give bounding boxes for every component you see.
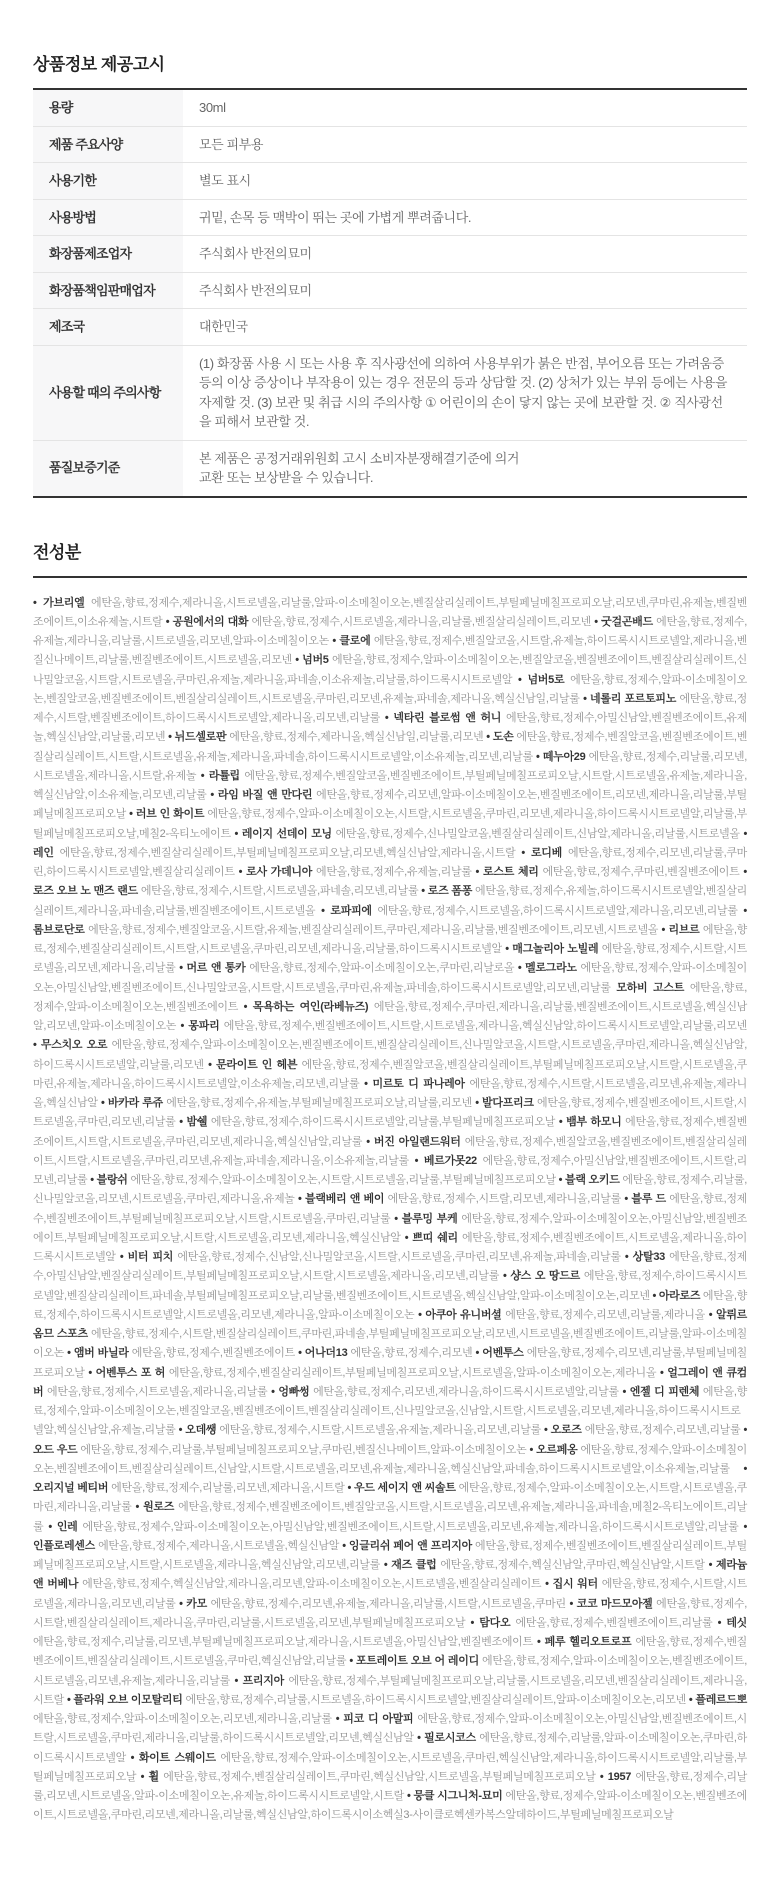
table-row: 사용할 때의 주의사항(1) 화장품 사용 시 또는 사용 후 직사광선에 의하… [33,345,747,440]
row-value: 모든 피부용 [183,126,747,163]
perfume-name: • 엉빠썽 [271,1386,309,1398]
perfume-name: • 문라이트 인 헤븐 [208,1059,297,1071]
perfume-name: • 우드 세이지 앤 씨솔트 [347,1482,455,1494]
row-label: 사용기한 [33,163,183,200]
perfume-ingredients: 에탄올,향료,정제수,신나밀알코올,벤질살리실레이트,신남알,제라니올,리날룰,… [332,828,740,840]
perfume-ingredients: 에탄올,향료,정제수,시트랄,시트로넬올,유제놀,제라니올,리모넨,리날룰 [216,1424,541,1436]
perfume-ingredients: 에탄올,향료,정제수,알파-이소메칠이오논,쿠마린,리날로올 [246,962,515,974]
perfume-name: • 아라로즈 [653,1290,701,1302]
perfume-name: • 밤쉘 [179,1116,207,1128]
perfume-name: • 로디베 [521,847,562,859]
row-value: 30ml [183,89,747,126]
table-row: 사용방법귀밑, 손목 등 맥박이 뛰는 곳에 가볍게 뿌려줍니다. [33,199,747,236]
row-value: (1) 화장품 사용 시 또는 사용 후 직사광선에 의하여 사용부위가 붉은 … [183,345,747,440]
perfume-name: • 무스치오 오로 [33,1039,107,1051]
perfume-ingredients: 에탄올,향료,정제수,리모넨,제라니올,하이드록시시트로넬알,리날룰 [309,1386,618,1398]
perfume-ingredients: 에탄올,향료,정제수,시트랄,시트로넬올,파네솔,리모넨,리날룰 [138,885,418,897]
row-label: 사용할 때의 주의사항 [33,345,183,440]
perfume-ingredients: 에탄올,향료,정제수,신남알,신나밀알코올,시트랄,시트로넬올,쿠마린,리모넨,… [173,1251,621,1263]
row-label: 제품 주요사양 [33,126,183,163]
product-notice-page: 상품정보 제공고시 용량30ml제품 주요사양모든 피부용사용기한별도 표시사용… [0,0,780,1886]
table-row: 제품 주요사양모든 피부용 [33,126,747,163]
perfume-ingredients: 에탄올,향료,정제수,헥실신남알,제라니올,리모넨,알파-이소메칠이오논,시트로… [78,1578,541,1590]
perfume-ingredients: 에탄올,향료,정제수,알파-이소메칠이오논,아밀신남알,벤질벤조에이트,시트랄,… [78,1521,739,1533]
table-row: 화장품제조업자주식회사 반전의묘미 [33,236,747,273]
perfume-name: 모하비 고스트 [616,982,684,994]
perfume-name: • 블루밍 부케 [394,1213,457,1225]
perfume-name: • 뱀부 하모니 [559,1116,622,1128]
perfume-name: • 떼누아29 [536,751,585,763]
row-value: 주식회사 반전의묘미 [183,236,747,273]
perfume-name: • 오르페옹 [530,1444,578,1456]
perfume-name: • 필로시코스 [417,1732,476,1744]
perfume-name: • 블랙 오키드 [559,1174,620,1186]
perfume-name: • 인레 [48,1521,77,1533]
perfume-name: • 1957 [600,1771,631,1783]
perfume-name: • 라임 바질 앤 만다린 [210,789,312,801]
product-info-title: 상품정보 제공고시 [33,50,747,75]
perfume-name: • 로파피에 [321,905,372,917]
perfume-name: • 로스트 체리 [476,866,539,878]
perfume-name: • 코코 마드모아젤 [569,1598,652,1610]
perfume-name: • 네롤리 포르토피노 [583,693,676,705]
perfume-ingredients: 에탄올,향료,정제수,유제놀,부틸페닐메칠프로피오날,리날룰,리모넨 [163,1097,472,1109]
table-row: 화장품책임판매업자주식회사 반전의묘미 [33,272,747,309]
perfume-name: • 넥타린 블로썸 앤 허니 [385,712,501,724]
table-row: 사용기한별도 표시 [33,163,747,200]
perfume-name: • 잉글리쉬 페어 앤 프리지아 [342,1540,472,1552]
perfume-name: • 블랙베리 앤 베이 [298,1193,384,1205]
table-row: 용량30ml [33,89,747,126]
row-value: 대한민국 [183,309,747,346]
row-label: 품질보증기준 [33,440,183,497]
product-info-table-body: 용량30ml제품 주요사양모든 피부용사용기한별도 표시사용방법귀밑, 손목 등… [33,89,747,497]
perfume-name: • 리브르 [662,924,700,936]
ingredients-section: 전성분 • 가브리엘 에탄올,향료,정제수,제라니올,시트로넬올,리날룰,알파-… [33,538,747,1826]
row-label: 화장품책임판매업자 [33,272,183,309]
perfume-ingredients: 에탄올,향료,정제수,헥실신남알,쿠마린,헥실신남알,시트랄 [436,1559,704,1571]
perfume-name: • 매그놀리아 노빌레 [505,943,598,955]
perfume-ingredients: 에탄올,향료,정제수,리날룰,부틸페닐메칠프로피오날,쿠마린,벤질신나메이트,알… [77,1444,526,1456]
perfume-name: • 프리지아 [234,1675,283,1687]
perfume-name: • 미르토 디 파나레아 [364,1078,465,1090]
perfume-name: • 넘버5로 [518,674,564,686]
perfume-ingredients: 에탄올,향료,정제수,벤질살리실레이트,부틸페닐메칠프로피오날,리모넨,헥실신남… [54,847,516,859]
perfume-name: • 넘버5 [295,654,328,666]
perfume-name: • 앰버 바닐라 [67,1347,128,1359]
perfume-ingredients: 에탄올,향료,정제수,제라니올,시트로넬올,헥실신남알 [95,1540,339,1552]
perfume-ingredients: 에탄올,향료,정제수,리날룰,시트로넬올,하이드록시시트로넬알,벤질살리실레이트… [183,1694,686,1706]
perfume-name: • 페루 헬리오트로프 [537,1636,631,1648]
perfume-ingredients: 에탄올,향료,정제수,벤질벤조에이트,시트랄,시트로넬올,제라니올,헥실신남알,… [219,1020,747,1032]
perfume-ingredients: 에탄올,향료,정제수,리모넨,리날룰,제라니올 [501,1309,704,1321]
perfume-ingredients: 에탄올,향료,정제수,벤질살리실레이트,부틸페닐메칠프로피오날,시트로넬올,알파… [165,1367,656,1379]
perfume-name: • 가브리엘 [33,597,84,609]
perfume-name: • 블랑쉬 [90,1174,127,1186]
perfume-name: • 비터 피치 [120,1251,173,1263]
perfume-name: • 멜로그라노 [518,962,577,974]
perfume-name: • 플라워 오브 이모탈리티 [67,1694,183,1706]
row-value: 귀밑, 손목 등 맥박이 뛰는 곳에 가볍게 뿌려줍니다. [183,199,747,236]
perfume-name: • 뉘드셀로판 [168,731,226,743]
perfume-name: • 도손 [486,731,513,743]
perfume-ingredients: 에탄올,향료,정제수,하이드록시시트로넬알,리날룰,부틸페닐메칠프로피오날 [207,1116,555,1128]
perfume-ingredients: 에탄올,향료,정제수,알파-이소메칠이오논,시트랄,시트로넬올,리날룰,부틸페닐… [128,1174,556,1186]
ingredients-title: 전성분 [33,538,747,563]
perfume-name: • 어벤투스 [476,1347,524,1359]
perfume-ingredients: 에탄올,향료,정제수,시트로넬올,제라니올,리날룰,벤질살리실레이트,리모넨 [248,616,591,628]
perfume-name: • 포트레이트 오브 어 레이디 [349,1655,479,1667]
perfume-name: • 로사 가데니아 [239,866,312,878]
perfume-name: • 엔젤 디 피렌체 [623,1386,700,1398]
perfume-name: • 오데쌩 [179,1424,217,1436]
row-label: 화장품제조업자 [33,236,183,273]
perfume-name: • 쁘띠 쉐리 [405,1232,458,1244]
perfume-ingredients: 에탄올,향료,정제수,쿠마린,벤질벤조에이트 [539,866,740,878]
perfume-ingredients: 에탄올,향료,정제수,시트랄,리모넨,제라니올,리날룰 [384,1193,621,1205]
perfume-ingredients: 에탄올,향료,정제수,벤질벤조에이트,리날룰 [510,1617,712,1629]
perfume-name: • 블루 드 [624,1193,665,1205]
perfume-name: • 러브 인 화이트 [129,808,204,820]
perfume-name: • 바카라 루쥬 [101,1097,163,1109]
perfume-name: • 베르가못22 [415,1155,477,1167]
perfume-ingredients: 에탄올,향료,정제수,알파-이소메칠이오논,리모넨,제라니올,리날룰 [33,1713,332,1725]
perfume-ingredients: 에탄올,향료,정제수,시트로넬올,제라니올,리날룰 [43,1386,267,1398]
perfume-name: • 굿걸곤배드 [594,616,653,628]
perfume-name: • 휠 [141,1771,159,1783]
perfume-name: • 클로에 [332,635,370,647]
perfume-ingredients: 에탄올,향료,정제수,벤질벤조에이트 [129,1347,295,1359]
perfume-name: • 탐다오 [471,1617,511,1629]
perfume-ingredients: 에탄올,향료,정제수,유제놀,리날룰 [312,866,472,878]
perfume-ingredients: 에탄올,향료,정제수,벤질알코올,시트랄,유제놀,벤질살리실레이트,쿠마린,제라… [85,924,658,936]
perfume-name: • 버진 아일랜드워터 [366,1136,460,1148]
perfume-ingredients: 에탄올,향료,정제수,제라니올,헥실신남일,리날룰,리모넨 [226,731,483,743]
row-value: 주식회사 반전의묘미 [183,272,747,309]
perfume-name: • 샹스 오 땅드르 [503,1270,580,1282]
perfume-name: • 어벤투스 포 허 [88,1367,165,1379]
perfume-name: • 라튤립 [201,770,240,782]
perfume-name: • 머르 앤 통카 [179,962,245,974]
product-info-table: 용량30ml제품 주요사양모든 피부용사용기한별도 표시사용방법귀밑, 손목 등… [33,88,747,498]
perfume-name: • 레이지 선데이 모닝 [235,828,332,840]
perfume-ingredients: 에탄올,향료,정제수,리모넨,유제놀,제라니올,리날룰,시트랄,시트로넬올,쿠마… [207,1598,566,1610]
perfume-name: • 로즈 폼퐁 [421,885,472,897]
product-info-section: 상품정보 제공고시 용량30ml제품 주요사양모든 피부용사용기한별도 표시사용… [33,50,747,498]
perfume-name: • 플레르드뽀 [689,1694,747,1706]
perfume-ingredients: 에탄올,향료,정제수,리날룰,리모넨,부틸페닐메칠프로피오날,제라니올,시트로넬… [33,1636,533,1648]
perfume-ingredients: 에탄올,향료,정제수,벤질살리실레이트,쿠마린,헥실신남알,시트로넬올,부틸페닐… [159,1771,596,1783]
table-row: 품질보증기준본 제품은 공정거래위원회 고시 소비자분쟁해결기준에 의거 교환 … [33,440,747,497]
perfume-ingredients: 에탄올,향료,정제수,리날룰,리모넨,제라니올,시트랄 [108,1482,344,1494]
row-value: 본 제품은 공정거래위원회 고시 소비자분쟁해결기준에 의거 교환 또는 보상받… [183,440,747,497]
row-label: 사용방법 [33,199,183,236]
perfume-name: • 아쿠아 유니버셜 [418,1309,501,1321]
ingredients-text: • 가브리엘 에탄올,향료,정제수,제라니올,시트로넬올,리날룰,알파-이소메칠… [33,576,747,1826]
perfume-name: • 화이트 스웨이드 [131,1752,216,1764]
perfume-name: • 상탈33 [625,1251,665,1263]
perfume-name: • 어나더13 [298,1347,347,1359]
perfume-name: • 재즈 클럽 [384,1559,437,1571]
perfume-name: • 카모 [179,1598,207,1610]
perfume-name: • 목욕하는 여인(라베뉴즈) [244,1001,369,1013]
perfume-name: • 오로즈 [544,1424,582,1436]
perfume-name: • 뭉클 시그니처-묘미 [407,1790,502,1802]
row-label: 제조국 [33,309,183,346]
perfume-ingredients: 에탄올,향료,정제수,시트로넬올,하이드록시시트로넬알,제라니올,리모넨,리날룰 [372,905,738,917]
perfume-name: • 테싯 [718,1617,747,1629]
perfume-name: • 공원에서의 대화 [166,616,248,628]
row-label: 용량 [33,89,183,126]
perfume-name: • 피코 디 아말피 [336,1713,414,1725]
perfume-ingredients: 에탄올,향료,정제수,리모넨,리날룰 [582,1424,741,1436]
perfume-name: • 몽파리 [181,1020,220,1032]
perfume-name: • 집시 워터 [545,1578,598,1590]
table-row: 제조국대한민국 [33,309,747,346]
row-value: 별도 표시 [183,163,747,200]
perfume-name: • 원로즈 [136,1501,175,1513]
perfume-ingredients: 에탄올,향료,정제수,리모넨 [347,1347,472,1359]
perfume-name: • 발다프리크 [475,1097,534,1109]
